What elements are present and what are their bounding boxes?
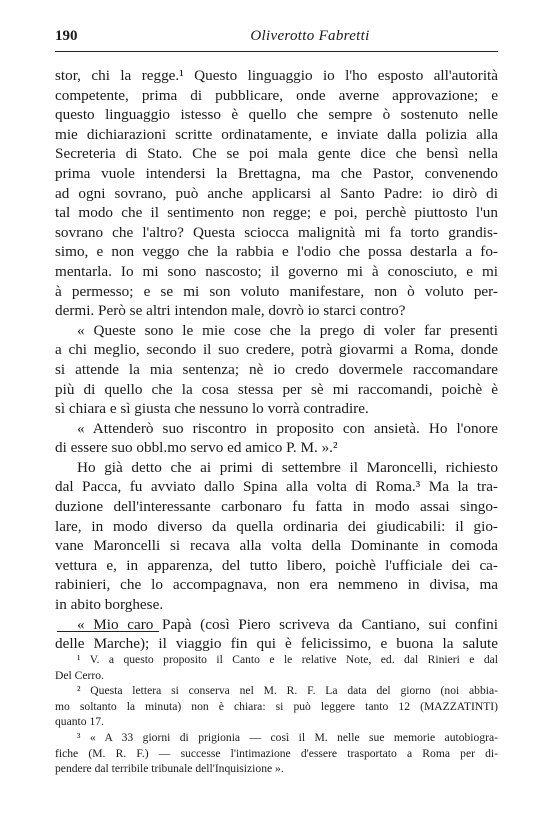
text-line: mentarla. Io mi sono nascosto; il govern… [55, 262, 498, 282]
text-line: dermi. Però se altri intendon male, dovr… [55, 301, 498, 321]
footnote-line: quanto 17. [55, 714, 498, 730]
running-head: 190 Oliverotto Fabretti [55, 28, 495, 48]
text-line: rabinieri, che lo accompagnava, non era … [55, 575, 498, 595]
text-line: di essere suo obbl.mo servo ed amico P. … [55, 438, 498, 458]
text-line: tal modo che il sentimento non regge; e … [55, 203, 498, 223]
text-line: delle Marche); il viaggio fin qui è feli… [55, 634, 498, 654]
text-line: mie dichiarazioni scritte ordinatamente,… [55, 125, 498, 145]
text-line: Secreteria di Stato. Che se poi mala gen… [55, 144, 498, 164]
text-line: vane Maroncelli si recava alla volta del… [55, 536, 498, 556]
text-line: duzione dell'interessante carbonaro fu f… [55, 497, 498, 517]
text-line: sì chiara e sì giusta che nessuno lo vor… [55, 399, 498, 419]
text-line: questo linguaggio istesso è quello che s… [55, 105, 498, 125]
body-text: stor, chi la regge.¹ Questo linguaggio i… [55, 66, 498, 654]
text-line: à permesso; e se mi son voluto manifesta… [55, 282, 498, 302]
footnote-line: fiche (M. R. F.) — successe l'intimazion… [55, 746, 498, 762]
book-page: 190 Oliverotto Fabretti stor, chi la reg… [0, 0, 550, 827]
footnote-line: pendere dal terribile tribunale dell'Inq… [55, 761, 498, 777]
text-line: simo, e non veggo che la rabbia e l'odio… [55, 242, 498, 262]
text-line: dal Pacca, fu avviato dallo Spina alla v… [55, 477, 498, 497]
text-line: lare, in modo diverso da quella ordinari… [55, 517, 498, 537]
footnote-rule [57, 631, 159, 632]
footnote-line: mo soltanto la minuta) non è chiara: si … [55, 699, 498, 715]
header-rule [55, 51, 498, 52]
footnotes: ¹ V. a questo proposito il Canto e le re… [55, 652, 498, 777]
text-line: prima vuole intendersi la Brettagna, ma … [55, 164, 498, 184]
text-line: vettura e, in apparenza, del tutto liber… [55, 556, 498, 576]
running-title: Oliverotto Fabretti [55, 28, 495, 45]
text-line: a chi meglio, secondo il suo credere, po… [55, 340, 498, 360]
text-line: in abito borghese. [55, 595, 498, 615]
footnote-line: ³ « A 33 giorni di prigionia — così il M… [55, 730, 498, 746]
text-line: ad ogni sovrano, può anche applicarsi al… [55, 184, 498, 204]
text-line: « Queste sono le mie cose che la prego d… [55, 321, 498, 341]
text-line: più di quello che la cosa stessa per sè … [55, 380, 498, 400]
footnote-line: Del Cerro. [55, 668, 498, 684]
text-line: stor, chi la regge.¹ Questo linguaggio i… [55, 66, 498, 86]
text-line: si attende la mia sentenza; nè io credo … [55, 360, 498, 380]
text-line: « Attenderò suo riscontro in proposito c… [55, 419, 498, 439]
footnote-line: ² Questa lettera si conserva nel M. R. F… [55, 683, 498, 699]
text-line: sovrano che l'altro? Questa sciocca mali… [55, 223, 498, 243]
footnote-line: ¹ V. a questo proposito il Canto e le re… [55, 652, 498, 668]
text-line: Ho già detto che ai primi di settembre i… [55, 458, 498, 478]
text-line: competente, prima di pubblicare, onde av… [55, 86, 498, 106]
